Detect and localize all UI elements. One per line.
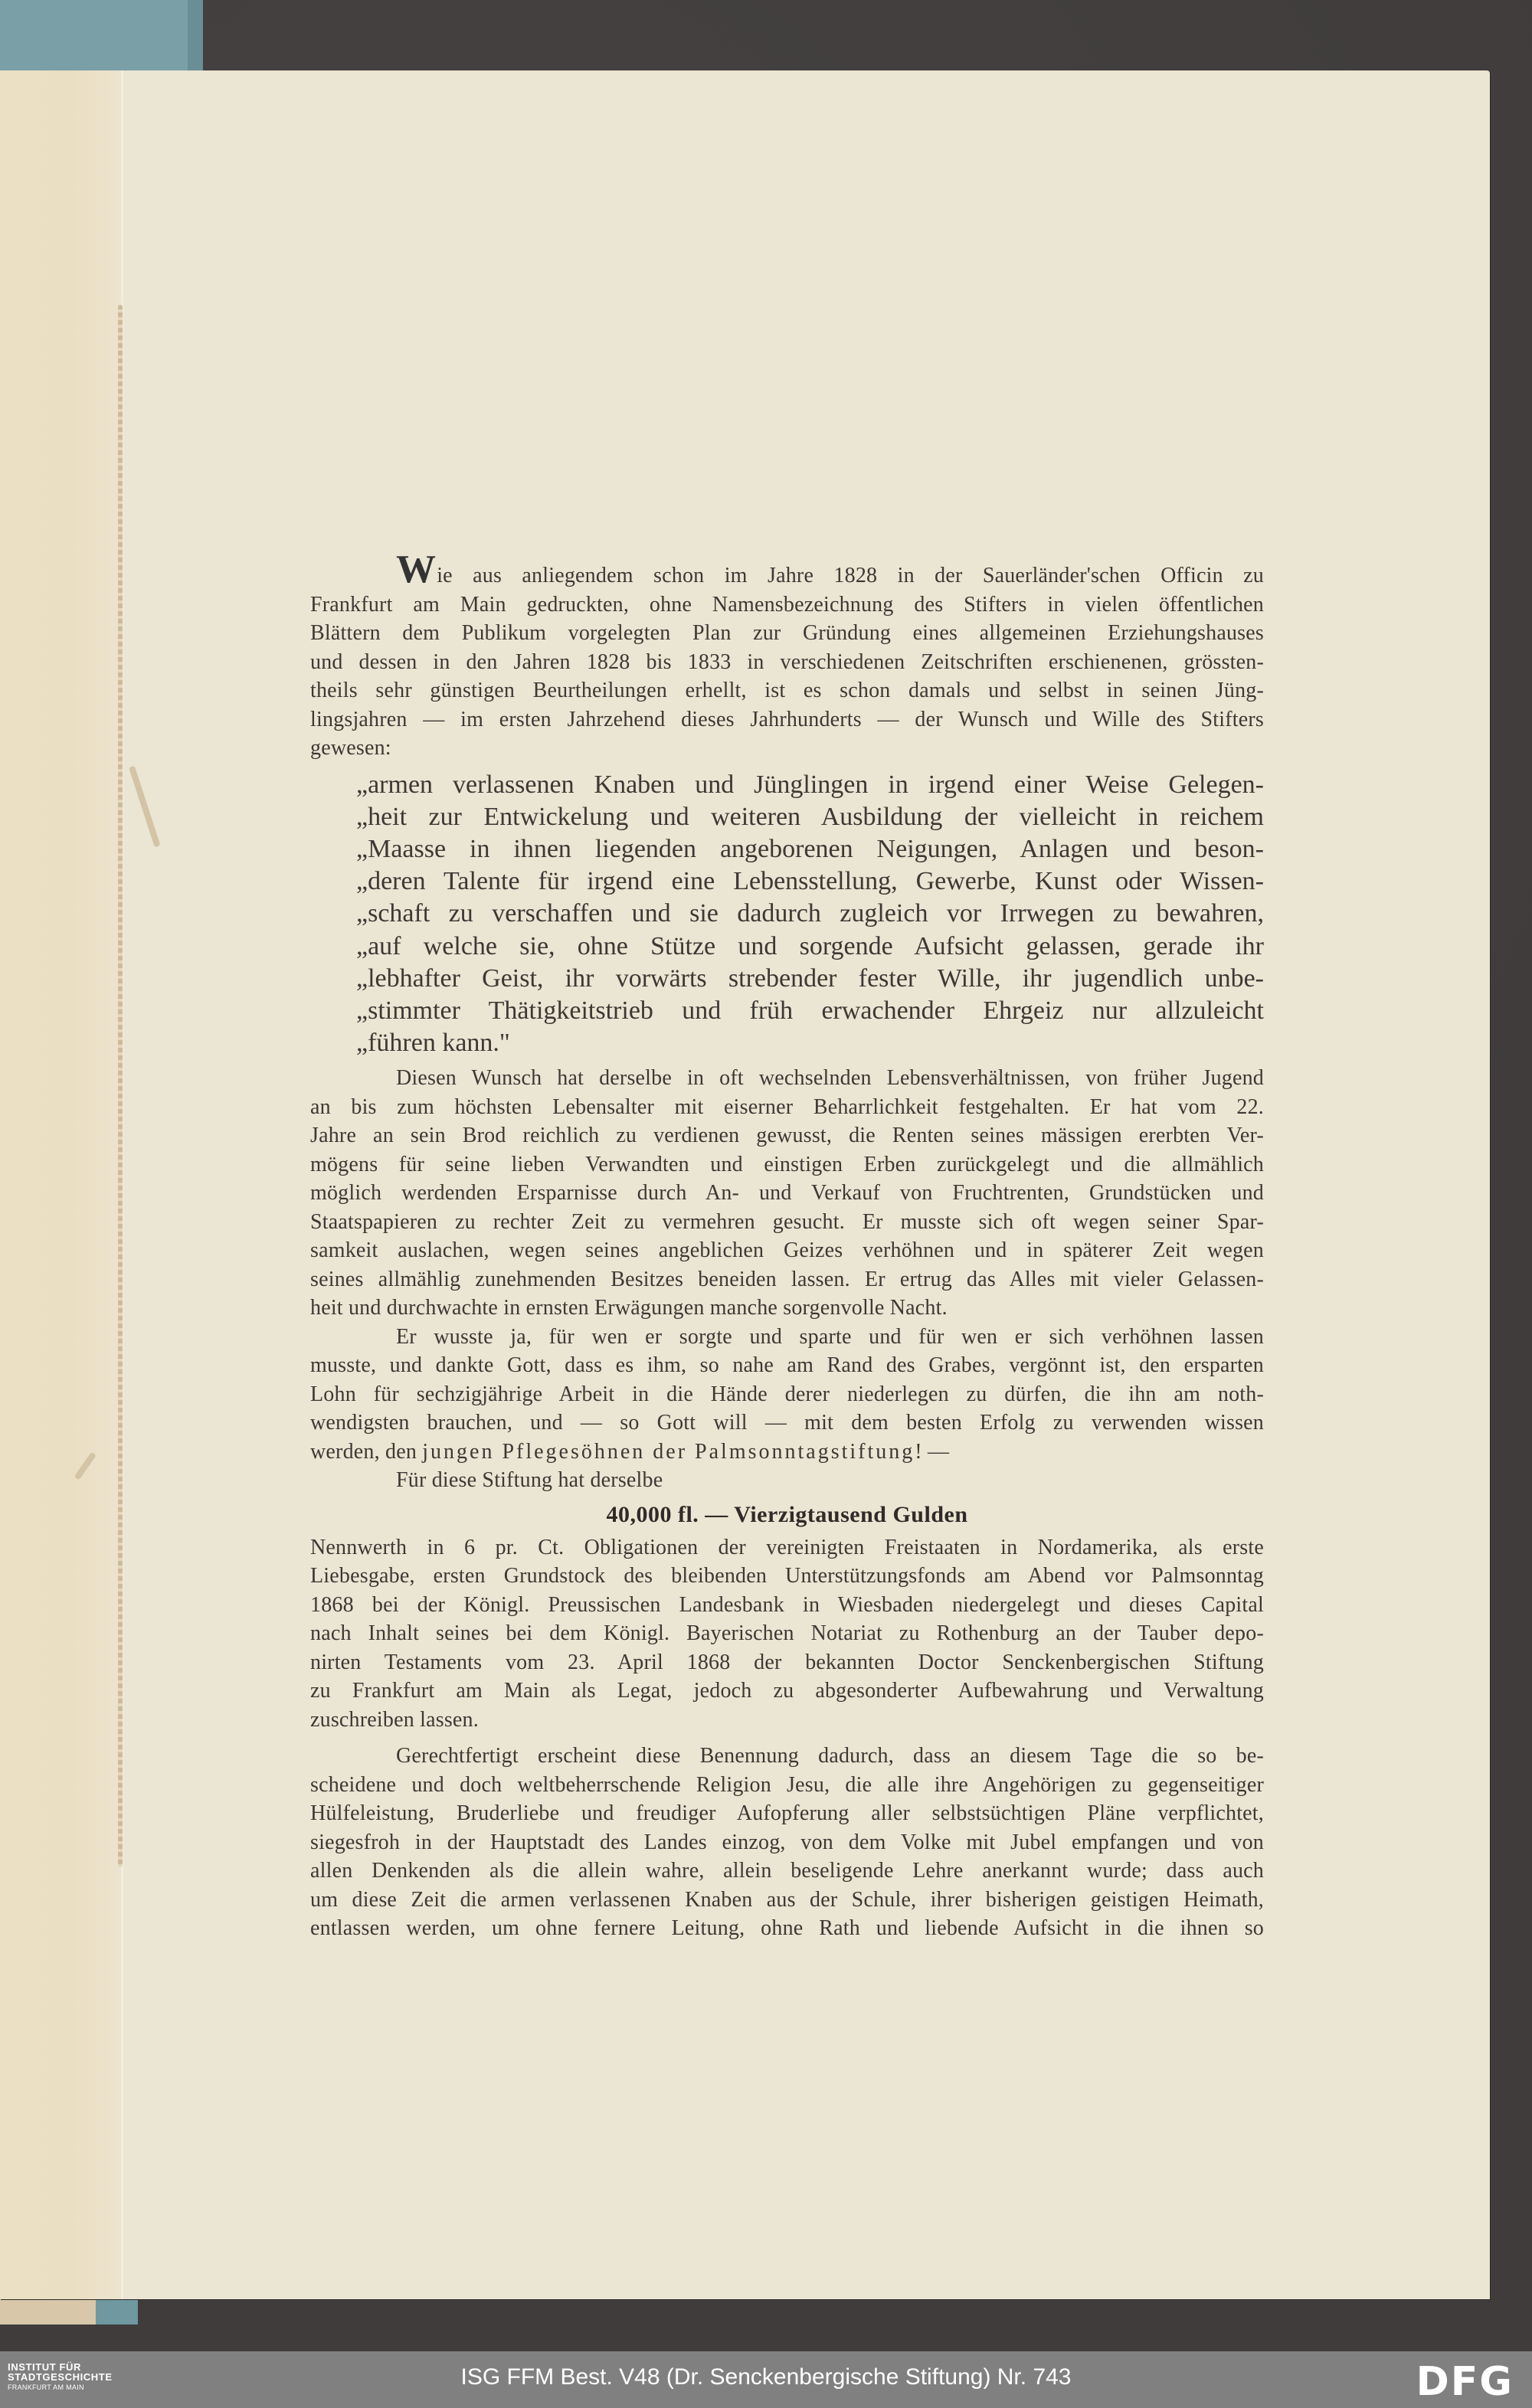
paragraph-foundation-intro: Für diese Stiftung hat derselbe [310,1466,1264,1495]
quote-line: „deren Talente für irgend eine Lebensste… [356,865,1264,898]
text-line: siegesfroh in der Hauptstadt des Landes … [310,1828,1264,1857]
text-line: um diese Zeit die armen verlassenen Knab… [310,1886,1264,1915]
text-line: werden, den jungen Pflegesöhnen der Palm… [310,1438,1264,1467]
text-span: ! — [915,1440,949,1464]
text-line: Diesen Wunsch hat derselbe in oft wechse… [310,1064,1264,1093]
binding-string [118,305,123,1867]
text-line: Für diese Stiftung hat derselbe [310,1466,1264,1495]
text-line: gewesen: [310,734,1264,763]
page-spine [0,70,123,2299]
text-line: Er wusste ja, für wen er sorgte und spar… [310,1323,1264,1352]
text-line: mögens für seine lieben Verwandten und e… [310,1150,1264,1179]
text-line: zu Frankfurt am Main als Legat, jedoch z… [310,1677,1264,1706]
text-line: samkeit auslachen, wegen seines angeblic… [310,1236,1264,1265]
text-line: Liebesgabe, ersten Grundstock des bleibe… [310,1562,1264,1591]
text-line: und dessen in den Jahren 1828 bis 1833 i… [310,648,1264,677]
text-line: Gerechtfertigt erscheint diese Benennung… [310,1742,1264,1771]
text-line: scheidene und doch weltbeherrschende Rel… [310,1771,1264,1800]
text-line-content: ie aus anliegendem schon im Jahre 1828 i… [437,564,1264,587]
archive-caption: ISG FFM Best. V48 (Dr. Senckenbergische … [0,2364,1532,2390]
paragraph-intro: Wie aus anliegendem schon im Jahre 1828 … [310,559,1264,763]
text-line: lingsjahren — im ersten Jahrzehend diese… [310,705,1264,735]
text-line: nach Inhalt seines bei dem Königl. Bayer… [310,1619,1264,1648]
text-line: Staatspapieren zu rechter Zeit zu vermeh… [310,1208,1264,1237]
quote-line: „heit zur Entwickelung und weiteren Ausb… [356,801,1264,833]
text-line: 1868 bei der Königl. Preussischen Landes… [310,1591,1264,1620]
paragraph-justification: Gerechtfertigt erscheint diese Benennung… [310,1742,1264,1943]
text-line: zuschreiben lassen. [310,1706,1264,1735]
quote-line: „lebhafter Geist, ihr vorwärts strebende… [356,963,1264,995]
spacer [310,1734,1264,1742]
text-line: Hülfeleistung, Bruderliebe und freudiger… [310,1799,1264,1828]
text-line: Blättern dem Publikum vorgelegten Plan z… [310,619,1264,648]
text-line: Nennwerth in 6 pr. Ct. Obligationen der … [310,1533,1264,1562]
text-line: möglich werdenden Ersparnisse durch An- … [310,1179,1264,1208]
text-line: musste, und dankte Gott, dass es ihm, so… [310,1351,1264,1380]
text-line: Wie aus anliegendem schon im Jahre 1828 … [310,559,1264,591]
quote-line: „führen kann." [356,1027,1264,1059]
text-line: theils sehr günstigen Beurtheilungen erh… [310,676,1264,705]
paragraph-wish: Diesen Wunsch hat derselbe in oft wechse… [310,1064,1264,1323]
quote-line: „armen verlassenen Knaben und Jünglingen… [356,769,1264,801]
text-line: wendigsten brauchen, und — so Gott will … [310,1408,1264,1438]
text-line: Frankfurt am Main gedruckten, ohne Namen… [310,591,1264,620]
text-line: entlassen werden, um ohne fernere Leitun… [310,1914,1264,1943]
document-text: Wie aus anliegendem schon im Jahre 1828 … [310,559,1264,1943]
quote-line: „auf welche sie, ohne Stütze und sorgend… [356,931,1264,963]
quote-line: „schaft zu verschaffen und sie dadurch z… [356,898,1264,930]
block-quote: „armen verlassenen Knaben und Jünglingen… [356,769,1264,1060]
text-line: nirten Testaments vom 23. April 1868 der… [310,1648,1264,1677]
text-line: Jahre an sein Brod reichlich zu verdiene… [310,1121,1264,1150]
text-line: Lohn für sechzigjährige Arbeit in die Hä… [310,1380,1264,1409]
text-line: an bis zum höchsten Lebensalter mit eise… [310,1093,1264,1122]
quote-line: „stimmter Thätigkeitstrieb und früh erwa… [356,995,1264,1027]
footer-bar: INSTITUT FÜR STADTGESCHICHTE FRANKFURT A… [0,2351,1532,2408]
dropcap: W [396,548,436,591]
quote-line: „Maasse in ihnen liegenden angeborenen N… [356,833,1264,865]
dfg-logo: DFG [1416,2362,1514,2402]
cover-blue-top [0,0,203,70]
paragraph-gratitude: Er wusste ja, für wen er sorgte und spar… [310,1323,1264,1467]
text-line: heit und durchwachte in ernsten Erwägung… [310,1294,1264,1323]
spaced-emphasis: jungen Pflegesöhnen der Palmsonntagstift… [422,1440,915,1464]
text-span: werden, den [310,1440,422,1464]
text-line: allen Denkenden als die allein wahre, al… [310,1857,1264,1886]
amount-heading: 40,000 fl. — Vierzigtausend Gulden [310,1498,1264,1532]
text-line: seines allmählig zunehmenden Besitzes be… [310,1265,1264,1294]
paragraph-bonds: Nennwerth in 6 pr. Ct. Obligationen der … [310,1533,1264,1735]
